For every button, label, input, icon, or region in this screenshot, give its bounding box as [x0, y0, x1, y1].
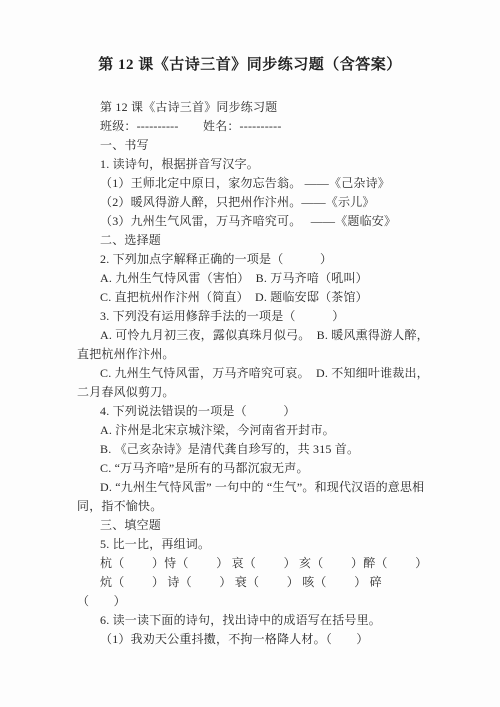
doc-line: （1）我劝天公重抖擞，不拘一格降人材。（ ）: [77, 630, 460, 649]
doc-line: C. “万马齐喑”是所有的马都沉寂无声。: [77, 459, 460, 478]
doc-line: 二、选择题: [77, 231, 460, 250]
doc-line: 5. 比一比，再组词。: [77, 535, 460, 554]
doc-line: 6. 读一读下面的诗句，找出诗中的成语写在括号里。: [77, 611, 460, 630]
doc-line: 炕（ ） 诗（ ） 衰（ ） 咳（ ） 碎: [77, 573, 460, 592]
doc-line: B. 《己亥杂诗》是清代龚自珍写的，共 315 首。: [77, 440, 460, 459]
doc-line: 同，指不愉快。: [77, 497, 460, 516]
doc-line: 三、填空题: [77, 516, 460, 535]
doc-line: 直把杭州作汴州。: [77, 345, 460, 364]
doc-line: 第 12 课《古诗三首》同步练习题: [77, 98, 460, 117]
doc-line: （ ）: [77, 592, 460, 611]
doc-line: （3）九州生气风雷，万马齐喑究可。 ——《题临安》: [77, 212, 460, 231]
doc-line: 2. 下列加点字解释正确的一项是（ ）: [77, 250, 460, 269]
doc-line: 一、书写: [77, 136, 460, 155]
page-title: 第 12 课《古诗三首》同步练习题（含答案）: [0, 0, 500, 75]
document-body: 第 12 课《古诗三首》同步练习题班级：---------- 姓名：------…: [0, 98, 500, 649]
doc-line: 二月春风似剪刀。: [77, 383, 460, 402]
doc-line: （1）王师北定中原日，家勿忘告翁。 ——《己杂诗》: [77, 174, 460, 193]
doc-line: 3. 下列没有运用修辞手法的一项是（ ）: [77, 307, 460, 326]
doc-line: A. 汴州是北宋京城汴梁，今河南省开封市。: [77, 421, 460, 440]
doc-line: D. “九州生气恃风雷” 一句中的 “生气”。和现代汉语的意思相: [77, 478, 460, 497]
worksheet-page: 第 12 课《古诗三首》同步练习题（含答案） 第 12 课《古诗三首》同步练习题…: [0, 0, 500, 707]
doc-line: A. 九州生气恃风雷（害怕） B. 万马齐喑（吼叫）: [77, 269, 460, 288]
doc-line: 4. 下列说法错误的一项是（ ）: [77, 402, 460, 421]
doc-line: 班级：---------- 姓名：----------: [77, 117, 460, 136]
doc-line: C. 九州生气恃风雷，万马齐喑究可哀。 D. 不知细叶谁裁出，: [77, 364, 460, 383]
doc-line: 1. 读诗句，根据拼音写汉字。: [77, 155, 460, 174]
doc-line: A. 可怜九月初三夜，露似真珠月似弓。 B. 暖风熏得游人醉，: [77, 326, 460, 345]
doc-line: C. 直把杭州作汴州（简直） D. 题临安邸（茶馆）: [77, 288, 460, 307]
doc-line: 杭（ ）恃（ ） 哀（ ） 亥（ ）醉（ ）: [77, 554, 460, 573]
doc-line: （2）暖风得游人醉，只把州作汴州。——《示儿》: [77, 193, 460, 212]
